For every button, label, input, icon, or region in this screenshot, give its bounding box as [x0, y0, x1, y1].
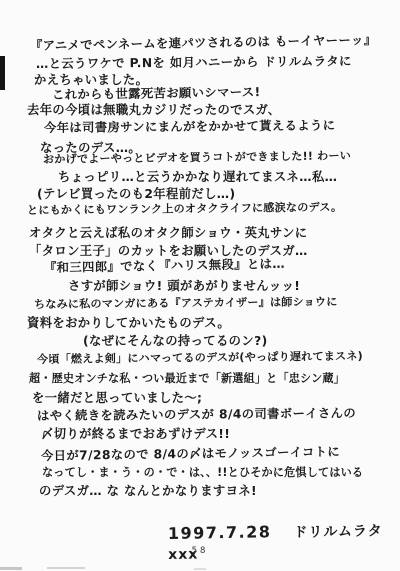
handwritten-line: 『アニメでペンネームを連パツされるのは もーイヤーーッ』	[30, 30, 377, 54]
page-number: 58	[0, 546, 400, 556]
handwritten-line: (なぜにそんなの持ってるのン?)	[83, 331, 268, 349]
handwritten-line: 今頃「燃えよ剣」にハマってるのデスが(やっぱり遅れてまスネ)	[37, 348, 363, 367]
scan-artifact	[47, 567, 85, 569]
handwritten-line: さすが師ショウ! 頭があがりませんッッ!	[68, 276, 300, 294]
handwritten-line: を一緒だと思っていました〜;	[32, 388, 202, 406]
handwritten-line: おかげでよーやっとビデオを買うコトができました!! わーい	[43, 147, 351, 167]
handwritten-line: とにもかくにもワンランク上のオタクライフに感涙なのデス。	[27, 199, 342, 218]
handwritten-line: ちなみに私のマンガにある『アステカイザー』は師ショウに	[34, 293, 338, 312]
handwritten-line: のデスガ… な なんとかなりますヨネ!	[39, 481, 257, 499]
scan-artifact	[194, 568, 206, 570]
handwritten-line: 〆切りが終るまでおあずけデス!!	[41, 424, 230, 442]
handwritten-line: 今日が7/28なので 8/4の〆はモノッスゴーイコトに	[41, 442, 340, 464]
date-signature-line: 1997.7.28ドリルムラタ xxx	[168, 520, 400, 563]
handwritten-line: 今年は司書房サンにまんがをかかせて貰えるように	[44, 115, 336, 136]
date-text: 1997.7.28	[168, 522, 272, 543]
handwritten-line: なってし・ま・う・の・で・は、、!!とひそかに危惧してはいる	[42, 464, 363, 480]
handwritten-line: …と云うワケで P.Nを 如月ハニーから ドリルムラタに	[36, 51, 352, 72]
handwritten-line: 資料をおかりしてかいたものデス。	[27, 313, 230, 331]
scanned-page: 『アニメでペンネームを連パツされるのは もーイヤーーッ』 …と云うワケで P.N…	[0, 0, 400, 571]
handwritten-line: はやく続きを読みたいのデスが 8/4の司書ボーイさんの	[37, 403, 356, 424]
handwritten-line: 超・歴史オンチな私・つい最近まで「新選組」と「忠シン蔵」	[29, 370, 345, 386]
handwritten-line: オタクと云えば私のオタク師ショウ・英丸サンに	[29, 223, 307, 241]
handwritten-line: ちょっピリ…と云うかかなり遅れてまスネ…私…	[58, 167, 337, 185]
scan-artifact	[0, 56, 5, 90]
handwritten-line: 『和三四郎』でなく『ハリス無段』とは…	[44, 254, 285, 276]
scan-artifact	[0, 567, 22, 570]
